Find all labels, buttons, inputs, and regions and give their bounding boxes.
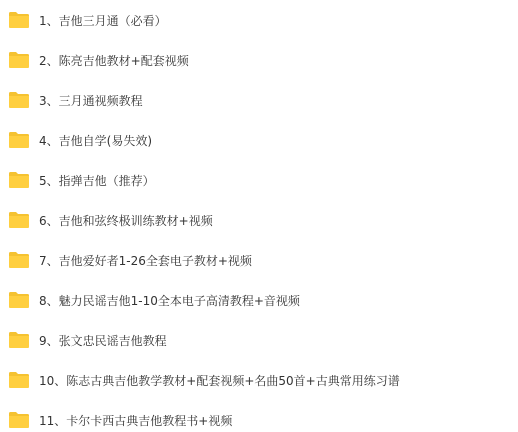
- folder-icon: [9, 372, 29, 388]
- folder-item-9[interactable]: 9、张文忠民谣吉他教程: [0, 320, 518, 360]
- folder-item-6[interactable]: 6、吉他和弦终极训练教材+视频: [0, 200, 518, 240]
- folder-icon: [9, 92, 29, 108]
- folder-label: 4、吉他自学(易失效): [39, 132, 152, 149]
- folder-label: 7、吉他爱好者1-26全套电子教材+视频: [39, 252, 252, 269]
- folder-icon: [9, 172, 29, 188]
- folder-item-5[interactable]: 5、指弹吉他（推荐）: [0, 160, 518, 200]
- folder-label: 9、张文忠民谣吉他教程: [39, 332, 167, 349]
- folder-item-11[interactable]: 11、卡尔卡西古典吉他教程书+视频: [0, 400, 518, 432]
- folder-label: 8、魅力民谣吉他1-10全本电子高清教程+音视频: [39, 292, 300, 309]
- folder-item-10[interactable]: 10、陈志古典吉他教学教材+配套视频+名曲50首+古典常用练习谱: [0, 360, 518, 400]
- folder-item-3[interactable]: 3、三月通视频教程: [0, 80, 518, 120]
- folder-list: 1、吉他三月通（必看） 2、陈亮吉他教材+配套视频 3、三月通视频教程 4、吉他…: [0, 0, 518, 432]
- folder-label: 1、吉他三月通（必看）: [39, 12, 167, 29]
- folder-icon: [9, 332, 29, 348]
- folder-label: 2、陈亮吉他教材+配套视频: [39, 52, 189, 69]
- folder-icon: [9, 412, 29, 428]
- folder-item-1[interactable]: 1、吉他三月通（必看）: [0, 0, 518, 40]
- folder-label: 5、指弹吉他（推荐）: [39, 172, 155, 189]
- folder-icon: [9, 252, 29, 268]
- folder-label: 11、卡尔卡西古典吉他教程书+视频: [39, 412, 232, 429]
- folder-item-4[interactable]: 4、吉他自学(易失效): [0, 120, 518, 160]
- folder-icon: [9, 132, 29, 148]
- folder-item-7[interactable]: 7、吉他爱好者1-26全套电子教材+视频: [0, 240, 518, 280]
- folder-icon: [9, 292, 29, 308]
- folder-item-2[interactable]: 2、陈亮吉他教材+配套视频: [0, 40, 518, 80]
- folder-icon: [9, 212, 29, 228]
- folder-label: 10、陈志古典吉他教学教材+配套视频+名曲50首+古典常用练习谱: [39, 372, 400, 389]
- folder-icon: [9, 52, 29, 68]
- folder-label: 3、三月通视频教程: [39, 92, 143, 109]
- folder-item-8[interactable]: 8、魅力民谣吉他1-10全本电子高清教程+音视频: [0, 280, 518, 320]
- folder-icon: [9, 12, 29, 28]
- folder-label: 6、吉他和弦终极训练教材+视频: [39, 212, 213, 229]
